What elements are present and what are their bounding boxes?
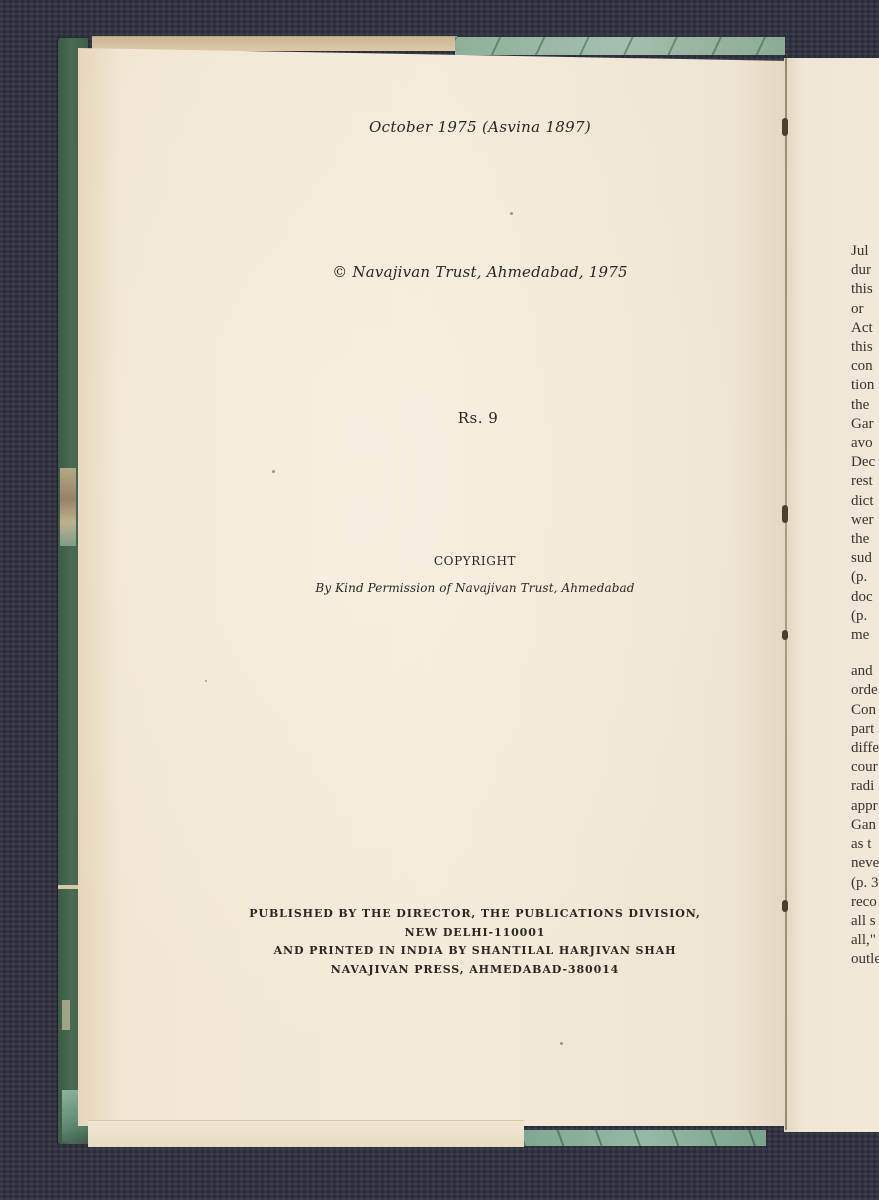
publication-date: October 1975 (Asvina 1897) bbox=[80, 118, 879, 136]
spine-wear-mark bbox=[60, 468, 76, 546]
text-line: the bbox=[851, 530, 879, 549]
text-line: (p. bbox=[851, 607, 879, 626]
text-line: outle bbox=[851, 950, 879, 969]
right-page-text: Jul dur this or Act this con tion the Ga… bbox=[851, 242, 879, 970]
paragraph-gap bbox=[851, 645, 879, 662]
text-line: radi bbox=[851, 777, 879, 796]
text-line: avo bbox=[851, 434, 879, 453]
text-line: this bbox=[851, 280, 879, 299]
text-line: all s bbox=[851, 912, 879, 931]
text-line: (p. 3 bbox=[851, 874, 879, 893]
text-line: rest bbox=[851, 472, 879, 491]
binding-thread-mark bbox=[782, 630, 788, 640]
publisher-imprint: PUBLISHED BY THE DIRECTOR, THE PUBLICATI… bbox=[75, 905, 875, 979]
text-line: neve bbox=[851, 854, 879, 873]
text-line: reco bbox=[851, 893, 879, 912]
price: Rs. 9 bbox=[78, 409, 878, 427]
copyright-notice: © Navajivan Trust, Ahmedabad, 1975 bbox=[80, 263, 879, 281]
paper-speck bbox=[205, 680, 207, 682]
text-line: or bbox=[851, 300, 879, 319]
text-line: part bbox=[851, 720, 879, 739]
text-line: as t bbox=[851, 835, 879, 854]
text-line: Gan bbox=[851, 816, 879, 835]
marbled-endpaper-bottom bbox=[524, 1130, 766, 1146]
text-line: diffe bbox=[851, 739, 879, 758]
text-line: Act bbox=[851, 319, 879, 338]
text-line: con bbox=[851, 357, 879, 376]
copyright-heading: COPYRIGHT bbox=[75, 554, 875, 568]
spine-band bbox=[58, 885, 80, 889]
paper-speck bbox=[272, 470, 275, 473]
text-line: Con bbox=[851, 701, 879, 720]
text-line: dict bbox=[851, 492, 879, 511]
dust-jacket-flap-bottom bbox=[88, 1120, 524, 1147]
text-line: Jul bbox=[851, 242, 879, 261]
text-line: Gar bbox=[851, 415, 879, 434]
paper-speck bbox=[560, 1042, 563, 1045]
marbled-endpaper-top bbox=[455, 37, 785, 55]
text-line: tion bbox=[851, 376, 879, 395]
text-line: orde bbox=[851, 681, 879, 700]
imprint-line: NAVAJIVAN PRESS, AHMEDABAD-380014 bbox=[75, 961, 875, 980]
text-line: appr bbox=[851, 797, 879, 816]
text-line: dur bbox=[851, 261, 879, 280]
permission-line: By Kind Permission of Navajivan Trust, A… bbox=[75, 581, 875, 595]
paper-speck bbox=[510, 212, 513, 215]
text-line: Dec bbox=[851, 453, 879, 472]
text-line: all," bbox=[851, 931, 879, 950]
imprint-line: AND PRINTED IN INDIA BY SHANTILAL HARJIV… bbox=[75, 942, 875, 961]
dust-jacket-edge-top bbox=[92, 36, 457, 51]
text-line: and bbox=[851, 662, 879, 681]
text-line: sud bbox=[851, 549, 879, 568]
text-line: the bbox=[851, 396, 879, 415]
text-line: cour bbox=[851, 758, 879, 777]
text-line: wer bbox=[851, 511, 879, 530]
imprint-line: NEW DELHI-110001 bbox=[75, 924, 875, 943]
binding-thread-mark bbox=[782, 505, 788, 523]
spine-wear-mark bbox=[62, 1000, 70, 1030]
text-line: (p. bbox=[851, 568, 879, 587]
imprint-line: PUBLISHED BY THE DIRECTOR, THE PUBLICATI… bbox=[75, 905, 875, 924]
text-line: doc bbox=[851, 588, 879, 607]
text-line: this bbox=[851, 338, 879, 357]
text-line: me bbox=[851, 626, 879, 645]
